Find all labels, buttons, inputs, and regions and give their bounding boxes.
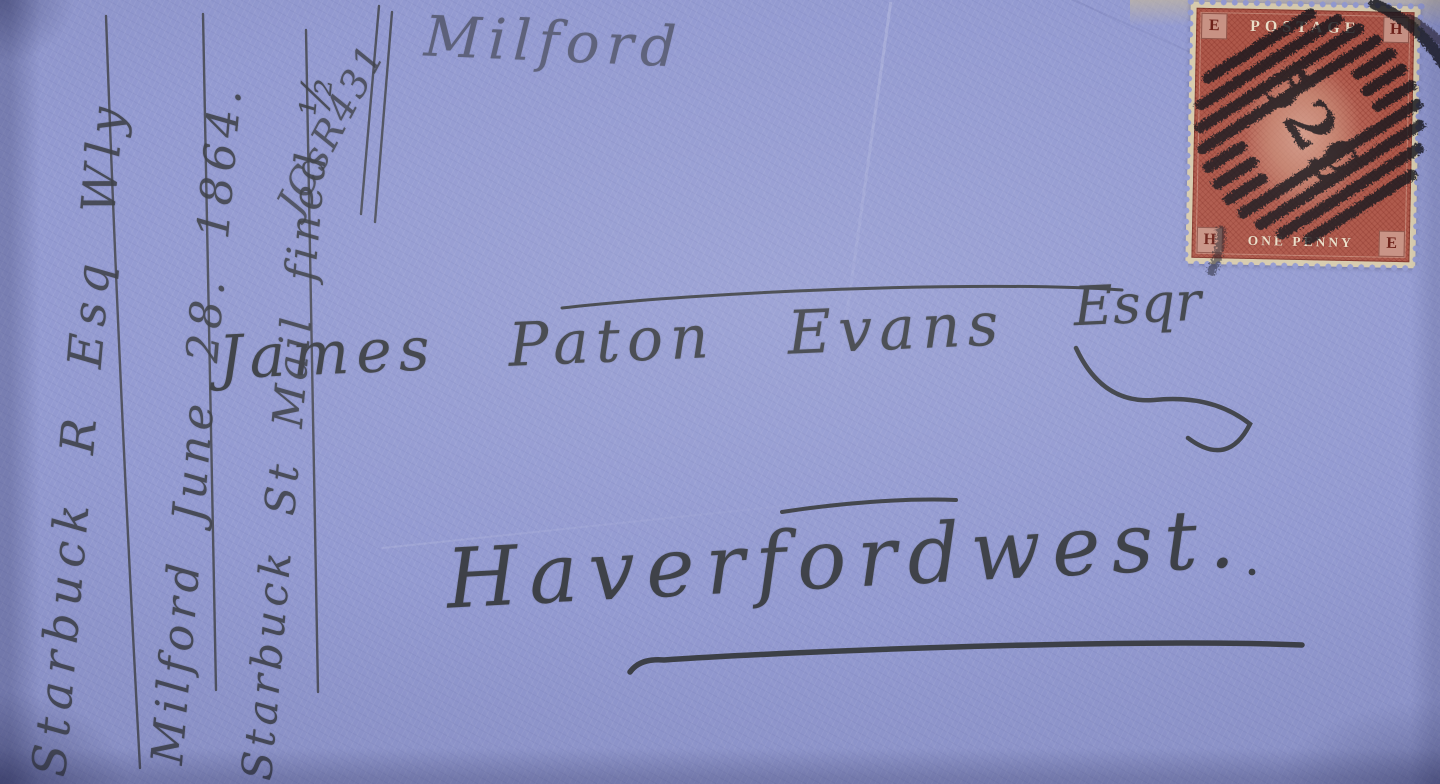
address-line-2: Haverfordwest. [444, 491, 1237, 627]
town-underline-flourish [630, 643, 1302, 672]
corner-letter-top-left: E [1201, 13, 1228, 40]
corner-letter-bottom-right: E [1378, 231, 1405, 258]
stamp-design: E POSTAGE H H ONE PENNY E [1191, 8, 1414, 263]
address-recipient: James Paton Evans [217, 289, 1007, 393]
envelope-scan: Starbuck R Esq Wly Milford June 28. 1864… [0, 0, 1440, 784]
address-town: Haverfordwest [444, 493, 1211, 628]
stamp-bottom-label: ONE PENNY [1248, 233, 1354, 251]
docket-line-1: Starbuck R Esq Wly [22, 97, 136, 779]
town-period-dot [1249, 569, 1256, 576]
address-town-punct: . [1206, 491, 1237, 587]
pencil-annotation: Milford [423, 4, 685, 80]
postage-stamp: E POSTAGE H H ONE PENNY E [1185, 2, 1420, 269]
corner-shadow-bottom-right [1180, 664, 1440, 784]
corner-letter-top-right: H [1383, 17, 1410, 44]
corner-letter-bottom-left: H [1197, 227, 1224, 254]
docket-line-2: Milford June 28. 1864. [142, 81, 252, 766]
address-honorific: Esqr [1072, 270, 1202, 339]
stamp-top-row: E POSTAGE H [1200, 12, 1411, 44]
esq-flourish [1076, 348, 1250, 450]
corner-shadow-top-left [0, 0, 120, 100]
stamp-bottom-row: H ONE PENNY E [1195, 226, 1406, 258]
address-line-1: James Paton Evans Esqr [217, 276, 1299, 393]
double-stroke-mark-2 [375, 12, 392, 222]
stamp-top-label: POSTAGE [1250, 18, 1361, 38]
